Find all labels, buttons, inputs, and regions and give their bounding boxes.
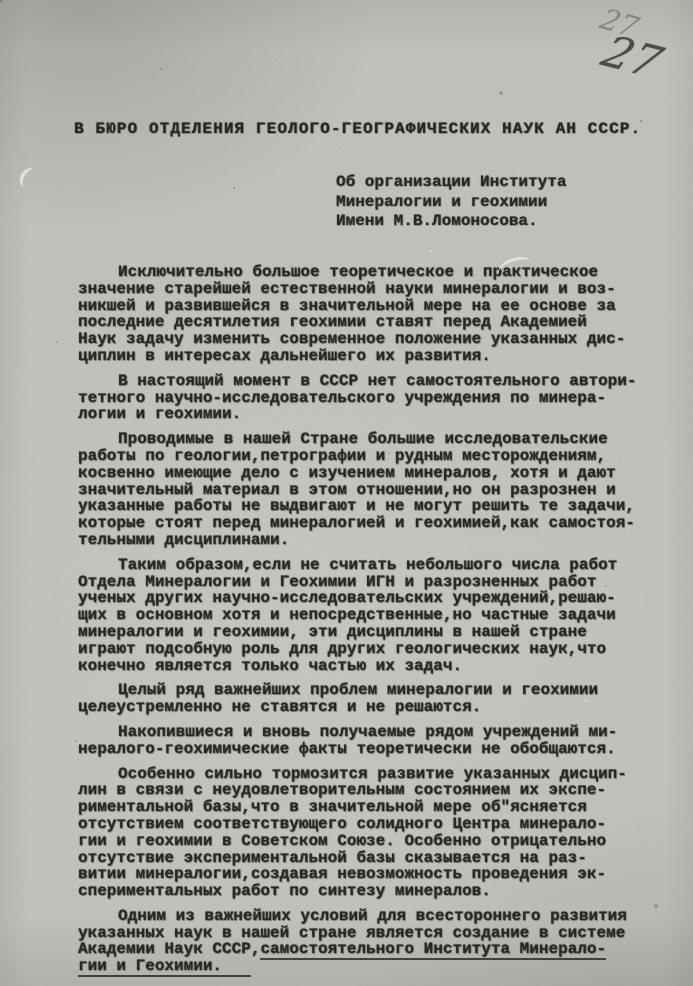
scratch-mark <box>16 165 44 194</box>
paragraph: Проводимые в нашей Стране большие исслед… <box>78 431 660 549</box>
text-segment: спериментальных работ по синтезу минерал… <box>78 882 491 900</box>
paragraph: Таким образом,если не считать небольшого… <box>78 557 660 675</box>
text-line: Таким образом,если не считать небольшого… <box>78 557 660 574</box>
underlined-text <box>222 957 251 977</box>
text-segment: целеустремленно не ставятся и не решаютс… <box>78 698 481 716</box>
text-line: риментальной базы,что в значительной мер… <box>78 799 660 816</box>
text-segment: Проводимые в нашей Стране большие исслед… <box>118 430 608 448</box>
text-segment: работы по геологии,петрографии и рудным … <box>78 447 606 465</box>
paragraph: Целый ряд важнейших проблем минералогии … <box>78 682 660 716</box>
text-segment: отсутствие экспериментальной базы сказыв… <box>78 849 587 867</box>
paragraph: В настоящий момент в СССР нет самостояте… <box>78 373 660 423</box>
document-body: Исключительно большое теоретическое и пр… <box>78 264 660 983</box>
text-segment: Накопившиеся и вновь получаемые рядом уч… <box>118 723 617 741</box>
subject-line: Об организации Института <box>336 173 566 193</box>
text-segment: нералого-геохимические факты теоретическ… <box>78 740 616 758</box>
text-line: Проводимые в нашей Стране большие исслед… <box>78 431 660 448</box>
text-line: целеустремленно не ставятся и не решаютс… <box>78 699 660 716</box>
text-line: Особенно сильно тормозится развитие указ… <box>78 766 660 783</box>
text-line: ученых других научно-исследовательских у… <box>78 590 660 607</box>
text-segment: Наук задачу изменить современное положен… <box>78 330 625 348</box>
text-segment: Исключительно большое теоретическое и пр… <box>118 263 598 281</box>
text-line: косвенно имеющие дело с изучением минера… <box>78 465 660 482</box>
text-segment: витии минералогии,создавая невозможность… <box>78 865 606 883</box>
text-line: Исключительно большое теоретическое и пр… <box>78 264 660 281</box>
text-segment: никшей и развившейся в значительной мере… <box>78 297 616 315</box>
text-line: отсутствие экспериментальной базы сказыв… <box>78 850 660 867</box>
text-line: которые стоят перед минералогией и геохи… <box>78 515 660 532</box>
text-line: Одним из важнейших условий для всесторон… <box>78 908 660 925</box>
text-segment: минералогии и геохимии, эти дисциплины в… <box>78 623 587 641</box>
text-segment: конечно является только частью их задач. <box>78 657 462 675</box>
text-segment: Академии Наук СССР, <box>78 940 260 958</box>
text-line: отсутствием соответствующего солидного Ц… <box>78 816 660 833</box>
subject-line: Минералогии и геохимии <box>336 193 566 213</box>
text-line: лин в связи с неудовлетворительным состо… <box>78 782 660 799</box>
subject-line: Имени М.В.Ломоносова. <box>336 212 566 232</box>
paragraph: Одним из важнейших условий для всесторон… <box>78 908 660 975</box>
text-line: последние десятилетия геохимии ставят пе… <box>78 314 660 331</box>
text-line: гии и геохимии в Советском Союзе. Особен… <box>78 833 660 850</box>
scanned-document-page: 27 27 В БЮРО ОТДЕЛЕНИЯ ГЕОЛОГО-ГЕОГРАФИЧ… <box>0 0 693 986</box>
document-title: В БЮРО ОТДЕЛЕНИЯ ГЕОЛОГО-ГЕОГРАФИЧЕСКИХ … <box>74 120 641 138</box>
text-line: никшей и развившейся в значительной мере… <box>78 298 660 315</box>
text-segment: отсутствием соответствующего солидного Ц… <box>78 815 606 833</box>
text-segment: значительный материал в этом отношении,н… <box>78 481 616 499</box>
text-line: тельными дисциплинами. <box>78 532 660 549</box>
text-segment: играют подсобную роль для других геологи… <box>78 640 606 658</box>
text-segment: тетного научно-исследовательского учрежд… <box>78 389 606 407</box>
text-line: значительный материал в этом отношении,н… <box>78 482 660 499</box>
text-segment: В настоящий момент в СССР нет самостояте… <box>118 372 636 390</box>
text-line: Отдела Минералогии и Геохимии ИГН и разр… <box>78 574 660 591</box>
text-line: Накопившиеся и вновь получаемые рядом уч… <box>78 724 660 741</box>
text-line: играют подсобную роль для других геологи… <box>78 641 660 658</box>
text-segment: ученых других научно-исследовательских у… <box>78 589 616 607</box>
text-line: указанных наук в нашей стране является с… <box>78 925 660 942</box>
text-line: гии и Геохимии. <box>78 958 660 975</box>
text-segment: лин в связи с неудовлетворительным состо… <box>78 781 606 799</box>
text-segment: значение старейшей естественной науки ми… <box>78 280 616 298</box>
handwritten-page-number-faint: 27 <box>595 2 643 44</box>
text-segment: Целый ряд важнейших проблем минералогии … <box>118 681 598 699</box>
paragraph: Особенно сильно тормозится развитие указ… <box>78 766 660 900</box>
text-line: нералого-геохимические факты теоретическ… <box>78 741 660 758</box>
text-line: минералогии и геохимии, эти дисциплины в… <box>78 624 660 641</box>
underlined-text: самостоятельного Института Минерало- <box>260 940 606 960</box>
text-line: тетного научно-исследовательского учрежд… <box>78 390 660 407</box>
text-segment: риментальной базы,что в значительной мер… <box>78 798 587 816</box>
text-line: Целый ряд важнейших проблем минералогии … <box>78 682 660 699</box>
text-line: указанные работы не выдвигают и не могут… <box>78 498 660 515</box>
text-segment: циплин в интересах дальнейшего их развит… <box>78 347 491 365</box>
text-segment: логии и геохимии. <box>78 405 241 423</box>
text-line: логии и геохимии. <box>78 406 660 423</box>
text-segment: указанных наук в нашей стране является с… <box>78 924 625 942</box>
subject-block: Об организации Института Минералогии и г… <box>336 173 566 232</box>
text-line: спериментальных работ по синтезу минерал… <box>78 883 660 900</box>
text-line: значение старейшей естественной науки ми… <box>78 281 660 298</box>
text-line: витии минералогии,создавая невозможность… <box>78 866 660 883</box>
text-line: циплин в интересах дальнейшего их развит… <box>78 348 660 365</box>
text-line: Академии Наук СССР,самостоятельного Инст… <box>78 941 660 958</box>
text-line: работы по геологии,петрографии и рудным … <box>78 448 660 465</box>
text-segment: гии и геохимии в Советском Союзе. Особен… <box>78 832 606 850</box>
paragraph: Исключительно большое теоретическое и пр… <box>78 264 660 365</box>
text-segment: которые стоят перед минералогией и геохи… <box>78 514 635 532</box>
text-segment: Особенно сильно тормозится развитие указ… <box>118 765 627 783</box>
text-segment: Отдела Минералогии и Геохимии ИГН и разр… <box>78 573 596 591</box>
text-segment: Таким образом,если не считать небольшого… <box>118 556 617 574</box>
handwritten-page-number: 27 <box>594 27 669 88</box>
text-segment: Одним из важнейших условий для всесторон… <box>118 907 627 925</box>
text-segment: щих в основном хотя и непосредственные,н… <box>78 606 616 624</box>
text-segment: тельными дисциплинами. <box>78 531 289 549</box>
text-segment: последние десятилетия геохимии ставят пе… <box>78 313 587 331</box>
text-line: конечно является только частью их задач. <box>78 658 660 675</box>
text-line: Наук задачу изменить современное положен… <box>78 331 660 348</box>
text-segment: указанные работы не выдвигают и не могут… <box>78 497 635 515</box>
text-segment: косвенно имеющие дело с изучением минера… <box>78 464 616 482</box>
text-line: щих в основном хотя и непосредственные,н… <box>78 607 660 624</box>
paragraph: Накопившиеся и вновь получаемые рядом уч… <box>78 724 660 758</box>
text-line: В настоящий момент в СССР нет самостояте… <box>78 373 660 390</box>
underlined-text: гии и Геохимии. <box>78 957 222 977</box>
